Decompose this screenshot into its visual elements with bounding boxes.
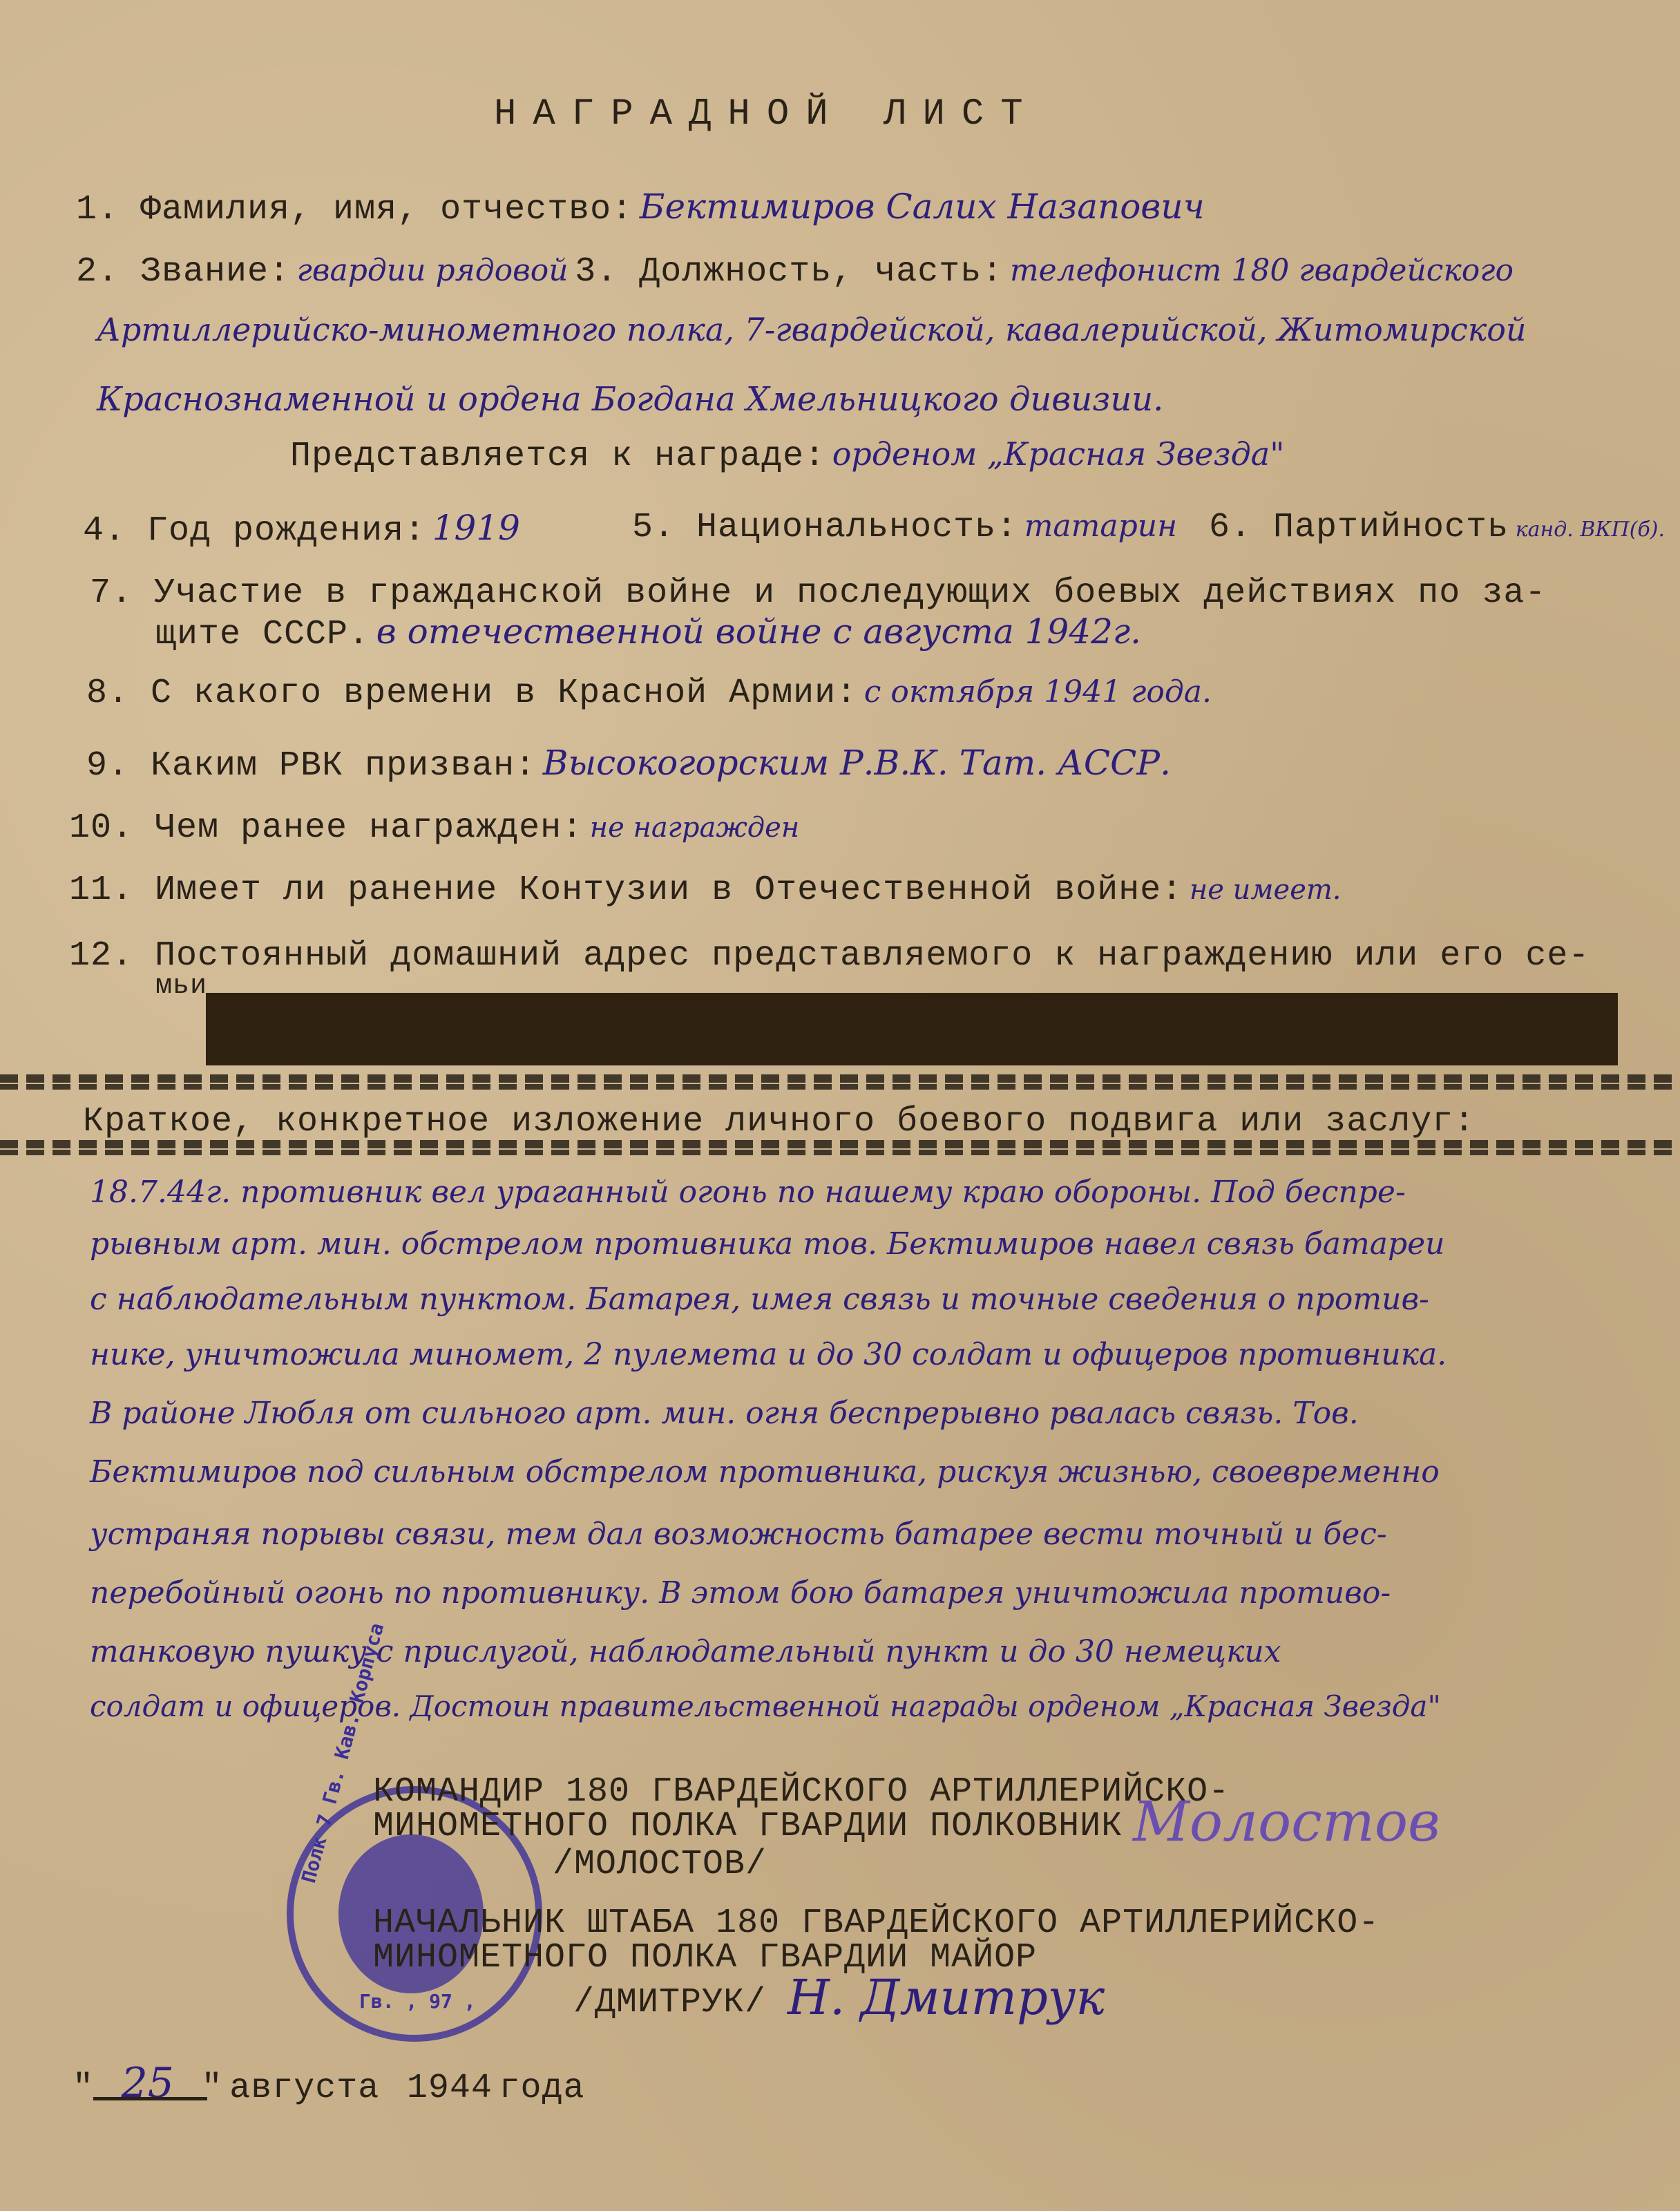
separator-line (0, 1074, 1680, 1083)
field-address-label-cont: мьи (155, 971, 207, 1002)
commander-title-line1: КОМАНДИР 180 ГВАРДЕЙСКОГО АРТИЛЛЕРИЙСКО- (373, 1772, 1230, 1812)
field-label: 6. Партийность (1209, 508, 1509, 547)
narrative-line: танковую пушку с прислугой, наблюдательн… (90, 1634, 1281, 1669)
narrative-line: устраняя порывы связи, тем дал возможнос… (90, 1517, 1387, 1552)
date-month: августа (229, 2069, 379, 2108)
field-civil-war-label: 7. Участие в гражданской войне и последу… (90, 573, 1546, 613)
separator-line (0, 1140, 1680, 1148)
field-label: 8. С какого времени в Красной Армии: (86, 674, 857, 713)
field-value: 1919 (432, 508, 520, 548)
narrative-line: рывным арт. мин. обстрелом противника то… (90, 1226, 1444, 1262)
field-value: с октября 1941 года. (864, 674, 1212, 710)
field-label: 4. Год рождения: (83, 511, 426, 551)
document-date: " 25 " августа 1944 года (73, 2059, 585, 2108)
field-label: 11. Имеет ли ранение Контузии в Отечеств… (69, 871, 1183, 910)
narrative-line: перебойный огонь по противнику. В этом б… (90, 1575, 1391, 1611)
date-year: 1944 (407, 2069, 493, 2108)
field-label: Представляется к награде: (290, 437, 825, 476)
stamp-bottom-text: Гв. , 97 , (359, 1990, 476, 2013)
field-label: 5. Национальность: (632, 508, 1018, 547)
field-value: канд. ВКП(б). (1516, 518, 1665, 542)
field-label: 3. Должность, часть: (575, 252, 1003, 292)
chief-title-line1: НАЧАЛЬНИК ШТАБА 180 ГВАРДЕЙСКОГО АРТИЛЛЕ… (373, 1904, 1380, 1943)
chief-name: /ДМИТРУК/ (573, 1983, 766, 2022)
field-civil-war: щите СССР. в отечественной войне с авгус… (155, 611, 1141, 654)
field-birth-year: 4. Год рождения: 1919 (83, 508, 520, 551)
field-value: Бектимиров Салих Назапович (640, 187, 1205, 227)
field-label: 9. Каким РВК призван: (86, 746, 536, 786)
date-open-quote: " (73, 2069, 94, 2108)
field-value: Высокогорским Р.В.К. Тат. АССР. (543, 743, 1171, 783)
field-label: 2. Звание: (76, 252, 290, 292)
field-full-name: 1. Фамилия, имя, отчество: Бектимиров Са… (76, 187, 1205, 229)
narrative-line: В районе Любля от сильного арт. мин. огн… (90, 1396, 1359, 1431)
date-close-quote: " (202, 2069, 223, 2108)
field-value: орденом „Красная Звезда" (832, 435, 1285, 473)
field-value: не имеет. (1190, 874, 1342, 906)
date-suffix: года (499, 2069, 585, 2108)
field-value: гвардии рядовой (297, 253, 569, 288)
summary-heading: Краткое, конкретное изложение личного бо… (83, 1102, 1475, 1141)
field-nationality: 5. Национальность: татарин (632, 508, 1177, 547)
field-previous-awards: 10. Чем ранее награжден: не награжден (69, 808, 799, 848)
redacted-address (206, 993, 1618, 1065)
field-rank-position: 2. Звание: гвардии рядовой 3. Должность,… (76, 252, 1514, 292)
field-label: 10. Чем ранее награжден: (69, 808, 583, 848)
field-wounds: 11. Имеет ли ранение Контузии в Отечеств… (69, 871, 1342, 910)
field-value: не награжден (590, 812, 799, 844)
field-party: 6. Партийность канд. ВКП(б). (1209, 508, 1665, 547)
field-draft-office: 9. Каким РВК призван: Высокогорским Р.В.… (86, 743, 1171, 786)
narrative-line: Бектимиров под сильным обстрелом противн… (90, 1454, 1440, 1490)
document-title: НАГРАДНОЙ ЛИСТ (494, 93, 1040, 135)
field-value: в отечественной войне с августа 1942г. (376, 611, 1141, 652)
field-value: телефонист 180 гвардейского (1010, 253, 1514, 288)
commander-signature: Молостов (1133, 1790, 1440, 1854)
commander-name: /МОЛОСТОВ/ (553, 1845, 767, 1884)
field-value: татарин (1024, 509, 1177, 544)
chief-signature: Н. Дмитрук (787, 1969, 1105, 2026)
field-label: щите СССР. (155, 615, 370, 654)
field-label: 1. Фамилия, имя, отчество: (76, 190, 633, 229)
field-unit-continued: Краснознаменной и ордена Богдана Хмельни… (97, 380, 1163, 419)
field-address-label: 12. Постоянный домашний адрес представля… (69, 936, 1590, 976)
narrative-line: с наблюдательным пунктом. Батарея, имея … (90, 1282, 1429, 1317)
date-day-underline (93, 2097, 207, 2100)
field-army-since: 8. С какого времени в Красной Армии: с о… (86, 674, 1212, 713)
field-award: Представляется к награде: орденом „Красн… (290, 435, 1284, 476)
field-unit-continued: Артиллерийско-минометного полка, 7-гвард… (97, 311, 1527, 348)
narrative-line: 18.7.44г. противник вел ураганный огонь … (90, 1175, 1406, 1210)
commander-title-line2: МИНОМЕТНОГО ПОЛКА ГВАРДИИ ПОЛКОВНИК (373, 1807, 1123, 1846)
narrative-line: солдат и офицеров. Достоин правительстве… (90, 1689, 1441, 1723)
narrative-line: нике, уничтожила миномет, 2 пулемета и д… (90, 1337, 1447, 1372)
